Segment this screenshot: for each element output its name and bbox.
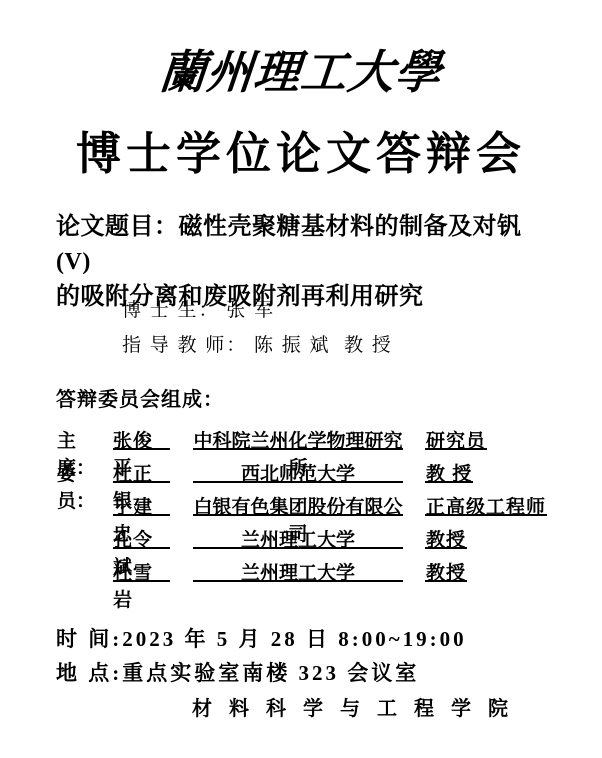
committee-row: 于建忠 白银有色集团股份有限公司 正高级工程师 <box>57 492 547 525</box>
advisor-line: 指 导 教 师： 陈 振 斌 教 授 <box>122 330 393 357</box>
committee-role-label: 委员： <box>57 459 113 481</box>
committee-table: 主席： 张俊平 中科院兰州化学物理研究所 研究员 委员： 杜正银 西北师范大学 … <box>57 426 547 591</box>
university-calligraphy-logo: 蘭州理工大學 <box>0 36 602 102</box>
event-title: 博士学位论文答辩会 <box>0 117 602 182</box>
committee-member-name: 张俊平 <box>113 426 170 450</box>
committee-row: 孔令斌 兰州理工大学 教授 <box>57 525 547 558</box>
committee-row: 杜雪岩 兰州理工大学 教授 <box>57 558 547 591</box>
event-location: 地 点:重点实验室南楼 323 会议室 <box>56 657 419 687</box>
committee-member-affiliation: 兰州理工大学 <box>193 525 403 549</box>
committee-role-label: 主席： <box>57 426 113 448</box>
committee-member-title: 研究员 <box>425 426 487 450</box>
organizer-college: 材 料 科 学 与 工 程 学 院 <box>192 692 514 721</box>
committee-member-title: 教 授 <box>425 459 473 483</box>
committee-member-name: 杜正银 <box>113 459 170 483</box>
committee-member-name: 于建忠 <box>113 492 170 516</box>
committee-member-affiliation: 中科院兰州化学物理研究所 <box>193 426 403 450</box>
thesis-title-line1: 论文题目：磁性壳聚糖基材料的制备及对钒(V) <box>56 210 556 280</box>
committee-member-affiliation: 西北师范大学 <box>193 459 403 483</box>
committee-member-name: 孔令斌 <box>113 525 170 549</box>
committee-member-title: 正高级工程师 <box>425 492 547 516</box>
committee-member-affiliation: 兰州理工大学 <box>193 558 403 582</box>
committee-role-label <box>57 525 113 547</box>
committee-role-label <box>57 492 113 514</box>
committee-member-title: 教授 <box>425 558 467 582</box>
committee-member-affiliation: 白银有色集团股份有限公司 <box>193 492 403 516</box>
doctoral-student-line: 博 士 生： 张 军 <box>122 295 275 322</box>
committee-member-name: 杜雪岩 <box>113 558 170 582</box>
committee-member-title: 教授 <box>425 525 467 549</box>
committee-heading: 答辩委员会组成： <box>56 383 224 412</box>
committee-row: 主席： 张俊平 中科院兰州化学物理研究所 研究员 <box>57 426 547 459</box>
committee-role-label <box>57 558 113 580</box>
event-time: 时 间:2023 年 5 月 28 日 8:00~19:00 <box>56 623 467 653</box>
committee-row: 委员： 杜正银 西北师范大学 教 授 <box>57 459 547 492</box>
defense-announcement-document: 蘭州理工大學 博士学位论文答辩会 论文题目：磁性壳聚糖基材料的制备及对钒(V) … <box>0 0 602 758</box>
